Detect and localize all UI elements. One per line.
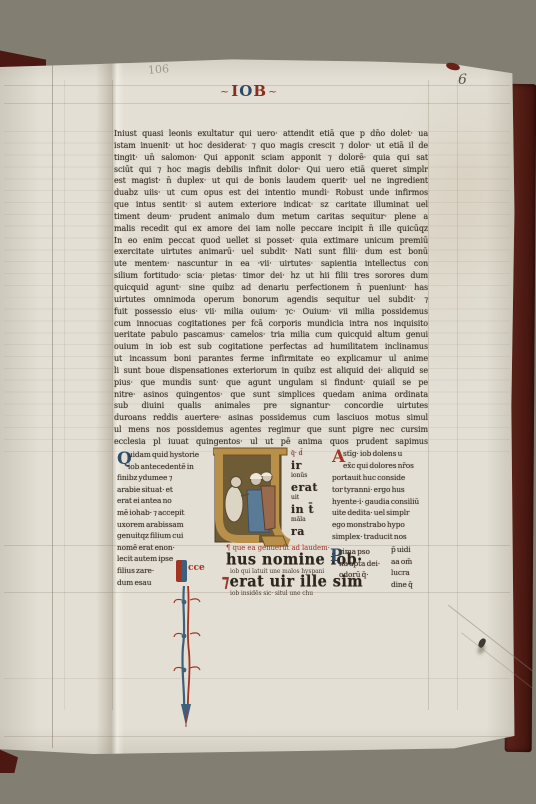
ruling-line — [4, 678, 510, 679]
historiated-initial-miniature — [213, 446, 291, 548]
puzzle-initial-E — [176, 560, 187, 582]
ecce-puzzle-initial: cce — [176, 560, 205, 582]
running-title: ~ IOB ~ — [219, 82, 279, 100]
tironian-et: ⁊ — [222, 572, 230, 591]
folio-number: 6 — [458, 72, 467, 88]
display-word-stack: q̄· d̄irionūseratuitin t̄mālara — [291, 450, 333, 538]
right-gloss-column: stīg· iob dolens uex̄c qui dolores nr̄os… — [332, 448, 430, 543]
ruling-line — [4, 736, 510, 737]
rubric-flourish-icon: ~ — [220, 85, 230, 98]
filigree-descender — [172, 586, 202, 728]
ruling-column-line — [112, 80, 113, 710]
manuscript-photo: 106 6 ~ IOB ~ Iniust quasi leonis exulta… — [0, 0, 536, 804]
rubric-flourish-icon: ~ — [268, 85, 278, 98]
pencil-foliation: 106 — [148, 62, 170, 76]
interlinear-gloss: iob insidēs sic· situl une chu — [230, 590, 313, 597]
main-text-block: Iniust quasi leonis exultatur qui uero· … — [114, 128, 428, 448]
running-title-letters: IOB — [231, 82, 267, 100]
ruling-column-line — [428, 80, 429, 710]
p-gloss-side-column: p̄ uidiaa om̄lucradine q̄ — [391, 544, 435, 590]
ruling-column-line — [64, 80, 65, 710]
job-figure — [225, 486, 243, 522]
ruling-column-line — [457, 80, 458, 710]
ruling-line — [4, 103, 510, 104]
